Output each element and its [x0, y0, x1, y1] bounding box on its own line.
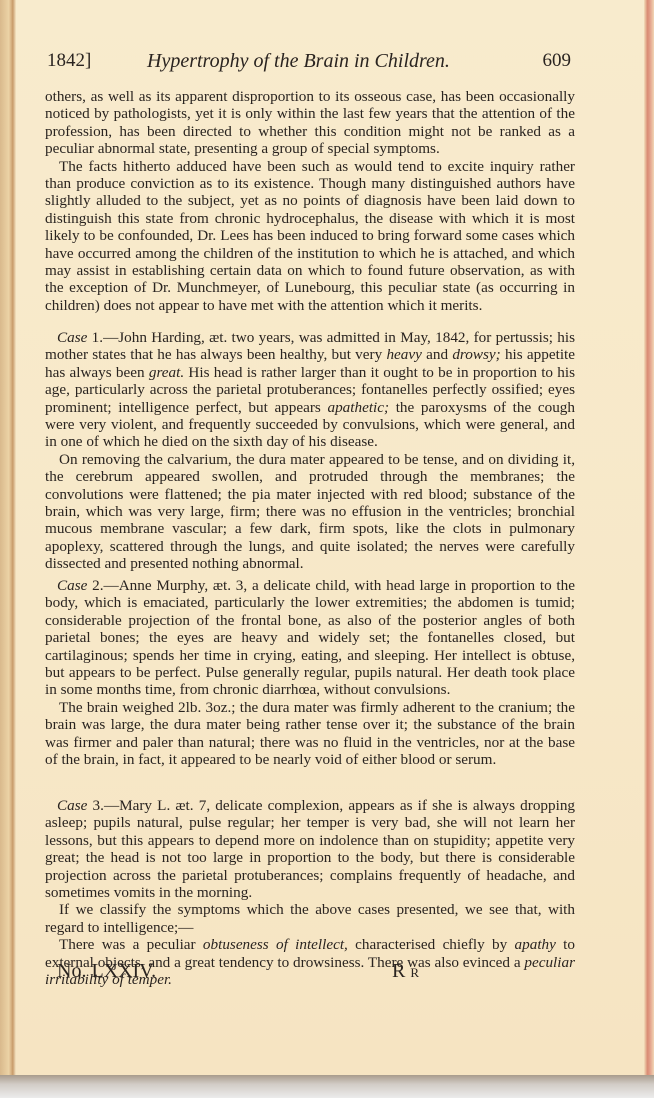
text-run: There was a peculiar: [59, 936, 203, 953]
intro-paragraph-2: The facts hitherto adduced have been suc…: [45, 158, 575, 315]
running-title: Hypertrophy of the Brain in Children.: [147, 50, 450, 73]
emphasis: apathy: [515, 936, 556, 953]
case-2-autopsy: The brain weighed 2lb. 3oz.; the dura ma…: [45, 699, 575, 769]
emphasis: apathetic;: [327, 399, 389, 416]
header-year: 1842]: [47, 50, 91, 72]
case-number: 3.: [93, 797, 104, 814]
issue-number: No. LXXIV.: [57, 960, 156, 983]
case-1-autopsy: On removing the calvarium, the dura mate…: [45, 451, 575, 573]
book-gutter-edge: [0, 0, 16, 1098]
case-number: 2.: [92, 577, 103, 594]
case-2-history: Case 2.—Anne Murphy, æt. 3, a delicate c…: [45, 577, 575, 699]
emphasis: great.: [149, 364, 184, 381]
emphasis: heavy: [386, 346, 421, 363]
case-1-history: Case 1.—John Harding, æt. two years, was…: [45, 329, 575, 451]
page-number: 609: [543, 50, 572, 72]
emphasis: drowsy;: [452, 346, 500, 363]
page-edge-right: [644, 0, 654, 1098]
case-label: Case: [57, 329, 87, 346]
signature-letter: R: [392, 960, 405, 982]
page-bottom-shadow: [0, 1075, 654, 1098]
running-header: 1842] Hypertrophy of the Brain in Childr…: [47, 50, 571, 76]
summary-paragraph-1: If we classify the symptoms which the ab…: [45, 901, 575, 936]
intro-paragraph-1: others, as well as its apparent dispropo…: [45, 88, 575, 158]
emphasis: obtuseness of intellect,: [203, 936, 348, 953]
case-label: Case: [57, 577, 87, 594]
printer-signature: R R: [392, 960, 419, 983]
text-run: and: [422, 346, 452, 363]
text-run: —Mary L. æt. 7, delicate complexion, app…: [45, 797, 575, 901]
text-run: —Anne Murphy, æt. 3, a delicate child, w…: [45, 577, 575, 698]
page-footer: No. LXXIV. R R: [57, 960, 457, 986]
case-label: Case: [57, 797, 87, 814]
case-number: 1.: [92, 329, 103, 346]
text-run: characterised chiefly by: [348, 936, 515, 953]
case-2-section: Case 2.—Anne Murphy, æt. 3, a delicate c…: [45, 577, 575, 768]
case-3-history: Case 3.—Mary L. æt. 7, delicate complexi…: [45, 797, 575, 901]
intro-section: others, as well as its apparent dispropo…: [45, 88, 575, 314]
signature-letter-small: R: [410, 965, 419, 980]
case-1-section: Case 1.—John Harding, æt. two years, was…: [45, 329, 575, 573]
